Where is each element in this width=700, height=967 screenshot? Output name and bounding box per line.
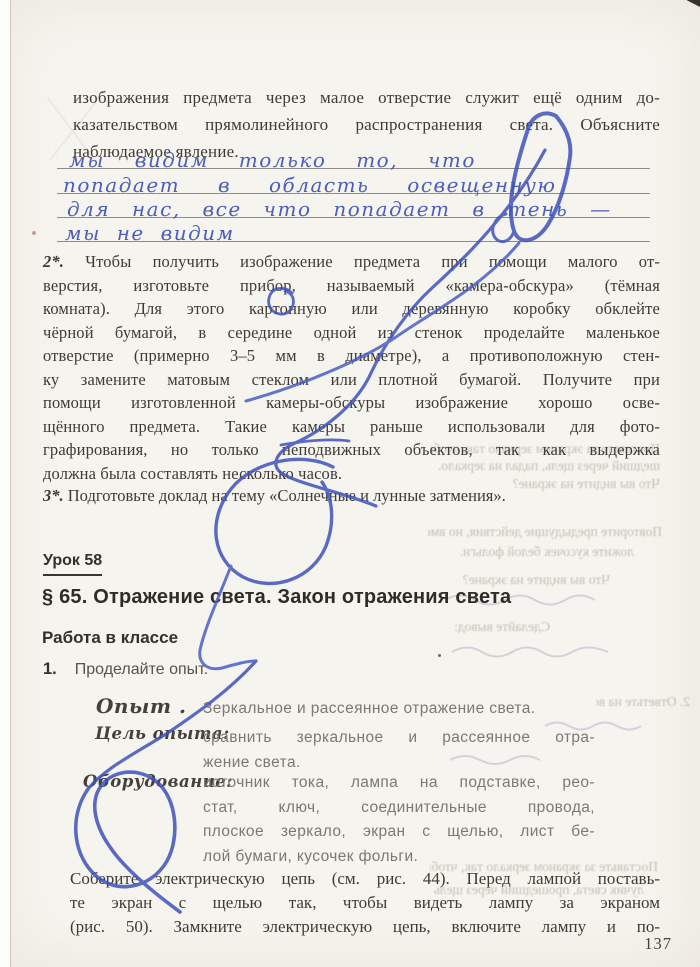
text-line: сравнить зеркальное и рассеянное отра-	[203, 726, 595, 751]
task3-paragraph: 3*. Подготовьте доклад на тему «Солнечны…	[43, 486, 660, 506]
bleedthrough-line: Сделайте вывод:	[428, 619, 550, 635]
task2-paragraph: 2*. Чтобы получить изображение предмета …	[43, 250, 660, 485]
task1-text: Проделайте опыт.	[75, 661, 208, 678]
text-line: плоское зеркало, экран с щелью, лист бе-	[203, 820, 595, 845]
text-line: 3*. Подготовьте доклад на тему «Солнечны…	[43, 486, 660, 506]
scan-corner-mark	[684, 0, 700, 7]
text-line: 2*. Чтобы получить изображение предмета …	[43, 250, 660, 274]
bleedthrough-line: 2. Ответьте на вопросы:	[596, 694, 690, 710]
task1-number: 1.	[43, 660, 57, 678]
text-line: помощи изготовленной камеры-обскуры изоб…	[43, 391, 660, 415]
text-line: графирования, но только неподвижных объе…	[43, 438, 660, 462]
ruled-line: для нас, все что попадает в тень —	[57, 194, 650, 218]
text-line: отверстие (примерно 3–5 мм в диаметре), …	[43, 344, 660, 368]
text-line: верстия, изготовьте прибор, называемый «…	[43, 274, 660, 298]
ink-speck	[438, 654, 441, 657]
bleedthrough-line: Повторите предыдущие действия, но вместо…	[428, 524, 662, 540]
lesson-label: Урок 58	[43, 552, 102, 576]
text-line: стат, ключ, соединительные провода,	[203, 796, 595, 821]
subsection-title: Работа в классе	[42, 628, 178, 648]
text-line: лой бумаги, кусочек фольги.	[203, 845, 595, 870]
goal-value: сравнить зеркальное и рассеянное отра- ж…	[203, 726, 595, 775]
text: Чтобы получить изображение предмета при …	[85, 252, 660, 271]
handwriting: мы не видим	[65, 221, 235, 245]
bleedthrough-line: ложите кусочек белой фольги.	[428, 544, 634, 560]
text: Подготовьте доклад на тему «Солнечные и …	[68, 486, 506, 505]
handwritten-answer: мы видим только то, что попадает в облас…	[57, 145, 650, 242]
ruled-line: попадает в область освещенную	[57, 169, 650, 193]
section-title: § 65. Отражение света. Закон отражения с…	[42, 586, 511, 609]
text-line: казательством прямолинейного распростран…	[73, 111, 660, 138]
text-line: Зеркальное и рассеянное отражение света.	[203, 697, 595, 722]
closing-paragraph: Соберите электрическую цепь (см. рис. 44…	[70, 867, 660, 939]
text-line: ку замените матовым стеклом или плотной …	[43, 368, 660, 392]
text-line: (рис. 50). Замкните электрическую цепь, …	[70, 915, 660, 939]
task2-marker: 2*.	[43, 252, 64, 271]
text-line: щённого предмета. Такие камеры раньше ис…	[43, 415, 660, 439]
paper-speck	[32, 231, 36, 235]
text-line: источник тока, лампа на подставке, рео-	[203, 771, 595, 796]
task1-item: 1.Проделайте опыт.	[43, 660, 208, 679]
text-line: должна была составлять несколько часов.	[43, 462, 660, 486]
text-line: комната). Для этого картонную или деревя…	[43, 297, 660, 321]
equipment-value: источник тока, лампа на подставке, рео- …	[203, 771, 595, 869]
page-number: 137	[644, 934, 672, 954]
task3-marker: 3*.	[43, 486, 64, 505]
experiment-label: Опыт .	[96, 694, 186, 718]
text-line: Соберите электрическую цепь (см. рис. 44…	[70, 867, 660, 891]
ruled-line: мы видим только то, что	[57, 145, 650, 169]
text-line: изображения предмета через малое отверст…	[73, 84, 660, 111]
ruled-line: мы не видим	[57, 218, 650, 242]
text-line: те экран с щелью так, чтобы видеть лампу…	[70, 891, 660, 915]
experiment-value: Зеркальное и рассеянное отражение света.	[203, 697, 595, 722]
text-line: чёрной бумагой, в середине одной из стен…	[43, 321, 660, 345]
scanned-workbook-page: Поставьте за экраном зеркало так, чтобы …	[0, 0, 700, 967]
